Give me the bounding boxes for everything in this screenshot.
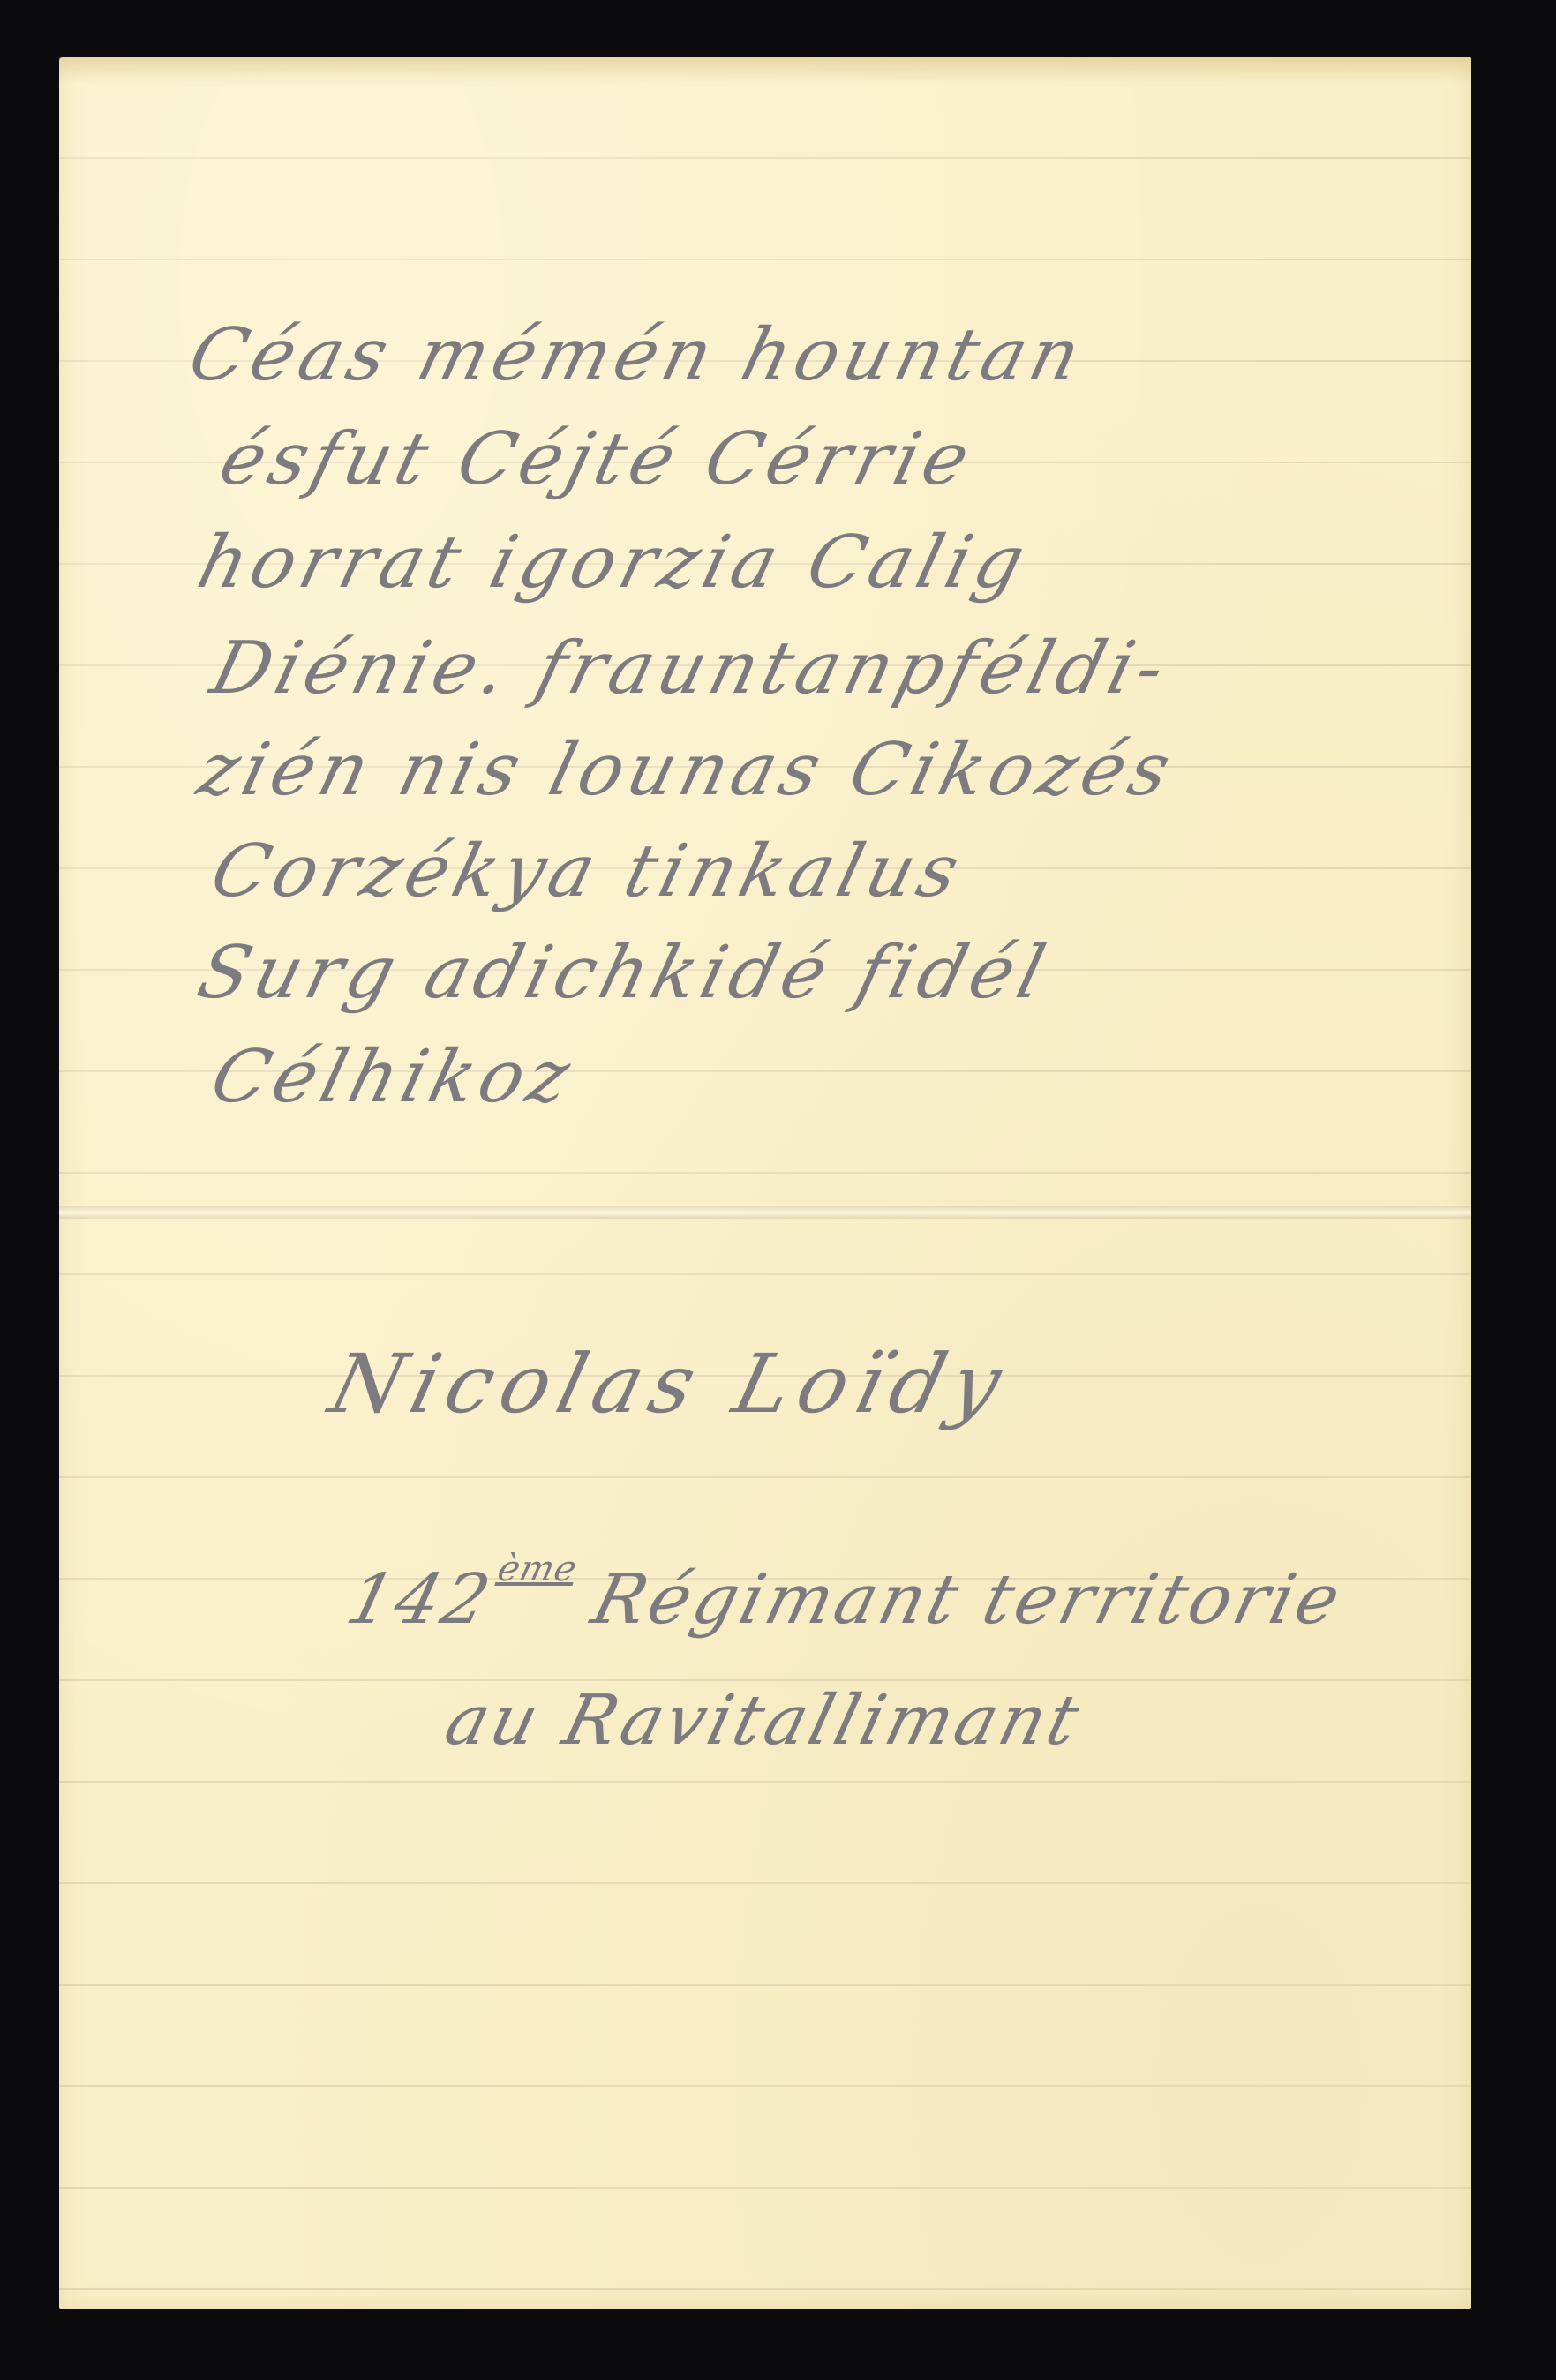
letter-line-1: Céas mémén hountan [181,313,1094,397]
letter-line-4: Diénie. frauntanpféldi- [203,627,1178,710]
address-line-1: 142ème Régimant territorie [339,1549,1354,1640]
paper-fold-crease [59,1206,1471,1219]
letter-line-6: Corzékya tinkalus [203,830,972,913]
ordinal-superscript: ème [493,1549,582,1589]
paper-stain [59,57,1471,84]
letter-page: Céas mémén hountan ésfut Céjté Cérrie ho… [59,57,1471,2309]
regiment-number: 142 [339,1560,500,1640]
regiment-text: Régimant territorie [584,1560,1351,1640]
address-line-2: au Ravitallimant [438,1681,1090,1761]
letter-line-3: horrat igorzia Calig [190,521,1037,604]
signature: Nicolas Loïdy [321,1337,1019,1431]
letter-line-7: Surg adichkidé fidél [190,931,1058,1015]
letter-line-2: ésfut Céjté Cérrie [212,417,982,501]
letter-line-5: zién nis lounas Cikozés [190,728,1184,812]
letter-line-8: Célhikoz [203,1035,583,1119]
